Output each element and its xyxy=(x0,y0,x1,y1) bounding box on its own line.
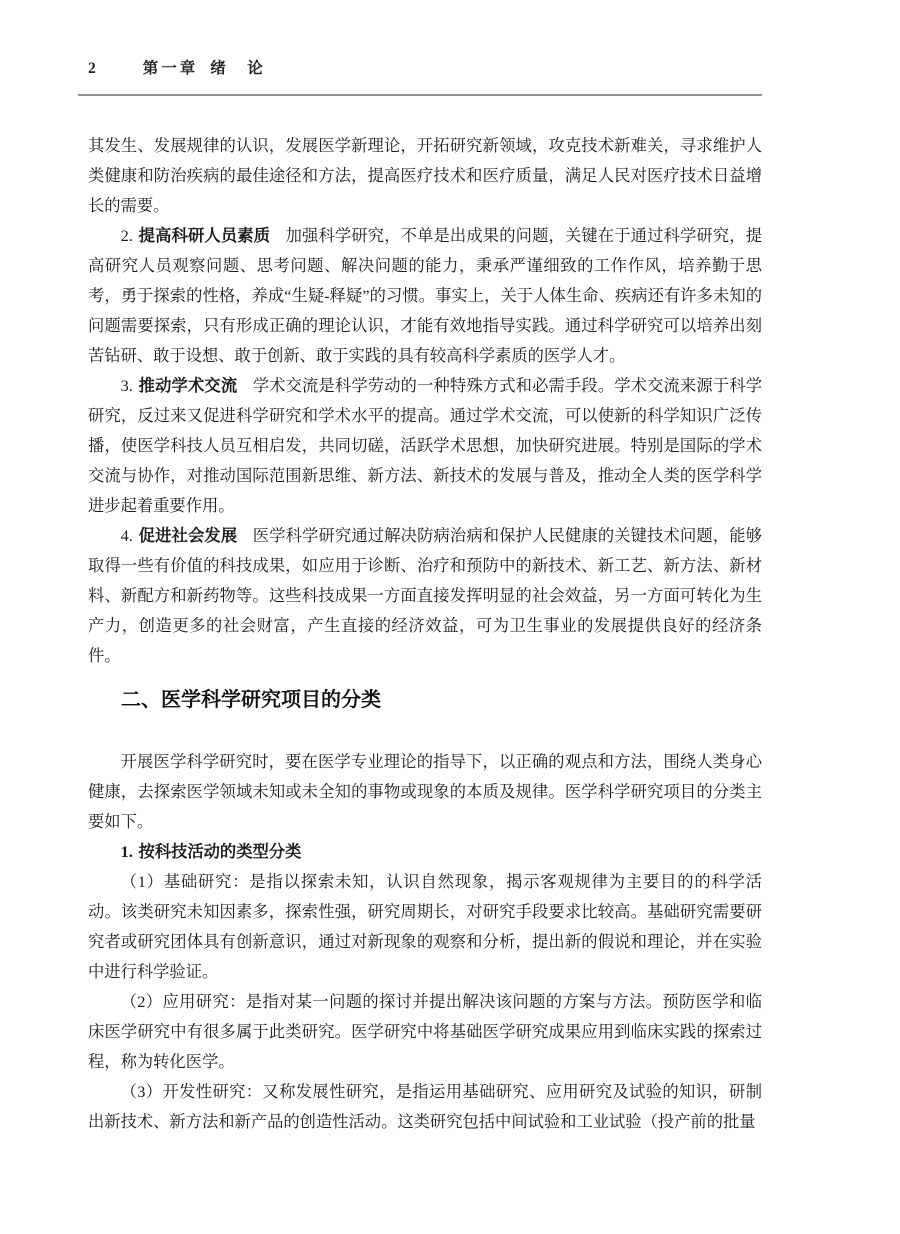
item-number: 4. xyxy=(121,526,133,545)
numbered-paragraph-improve-personnel-quality: 2.提高科研人员素质加强科学研究，不单是出成果的问题，关键在于通过科学研究，提高… xyxy=(88,221,762,371)
paragraph-classification-intro: 开展医学科学研究时，要在医学专业理论的指导下，以正确的观点和方法，围绕人类身心健… xyxy=(88,747,762,837)
page-body: 其发生、发展规律的认识，发展医学新理论，开拓研究新领域，攻克技术新难关，寻求维护… xyxy=(88,131,762,1137)
chapter-title: 绪 论 xyxy=(210,59,266,79)
item-title: 按科技活动的类型分类 xyxy=(139,843,302,861)
header-rule xyxy=(78,94,762,96)
numbered-paragraph-promote-social-development: 4.促进社会发展医学科学研究通过解决防病治病和保护人民健康的关键技术问题，能够取… xyxy=(88,521,762,671)
paragraph-developmental-research: （3）开发性研究：又称发展性研究，是指运用基础研究、应用研究及试验的知识，研制出… xyxy=(88,1077,762,1137)
item-number: 1. xyxy=(121,842,133,861)
page-header: 2第一章绪 论 xyxy=(88,59,266,79)
paragraph-applied-research: （2）应用研究：是指对某一问题的探讨并提出解决该问题的方案与方法。预防医学和临床… xyxy=(88,987,762,1077)
item-title: 推动学术交流 xyxy=(139,377,238,395)
item-text: 学术交流是科学劳动的一种特殊方式和必需手段。学术交流来源于科学研究，反过来又促进… xyxy=(88,376,762,515)
item-title: 提高科研人员素质 xyxy=(139,227,271,245)
paragraph-basic-research: （1）基础研究：是指以探索未知，认识自然现象，揭示客观规律为主要目的的科学活动。… xyxy=(88,867,762,987)
paragraph-continuation: 其发生、发展规律的认识，发展医学新理论，开拓研究新领域，攻克技术新难关，寻求维护… xyxy=(88,131,762,221)
item-text: 医学科学研究通过解决防病治病和保护人民健康的关键技术问题，能够取得一些有价值的科… xyxy=(88,526,762,665)
chapter-label: 第一章 xyxy=(143,59,199,79)
book-page: 2第一章绪 论 其发生、发展规律的认识，发展医学新理论，开拓研究新领域，攻克技术… xyxy=(0,0,900,1234)
item-number: 2. xyxy=(121,226,133,245)
subsection-heading-by-activity-type: 1.按科技活动的类型分类 xyxy=(88,837,762,867)
item-text: 加强科学研究，不单是出成果的问题，关键在于通过科学研究，提高研究人员观察问题、思… xyxy=(88,226,762,365)
item-title: 促进社会发展 xyxy=(139,527,238,545)
page-number: 2 xyxy=(88,59,96,79)
numbered-paragraph-promote-academic-exchange: 3.推动学术交流学术交流是科学劳动的一种特殊方式和必需手段。学术交流来源于科学研… xyxy=(88,371,762,521)
section-heading-research-project-classification: 二、医学科学研究项目的分类 xyxy=(88,685,762,715)
item-number: 3. xyxy=(121,376,133,395)
